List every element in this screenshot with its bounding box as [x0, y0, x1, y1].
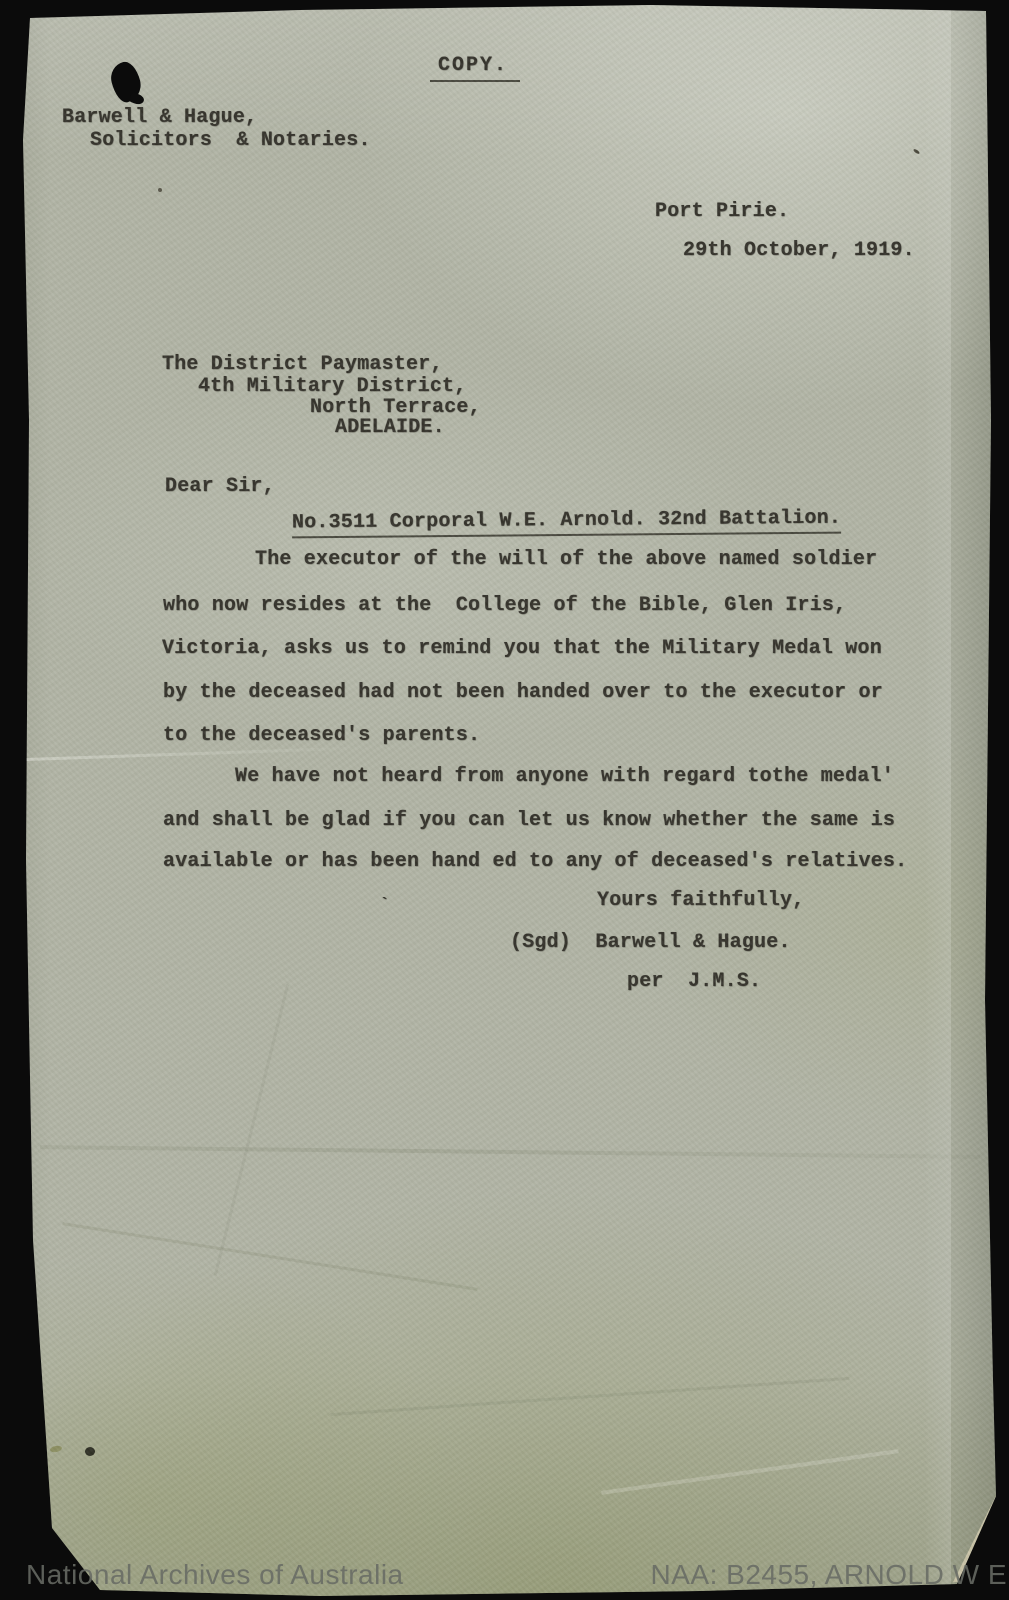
paper-speck: [85, 1447, 95, 1456]
ink-mark: `: [380, 893, 390, 915]
watermark-left: National Archives of Australia: [26, 1559, 404, 1591]
letter-paper: COPY. Barwell & Hague, Solicitors & Nota…: [0, 0, 1009, 1600]
recipient-line: ADELAIDE.: [335, 417, 445, 439]
paper-speck: [50, 1445, 63, 1453]
per-line: per J.M.S.: [627, 971, 761, 993]
subject-line: No.3511 Corporal W.E. Arnold. 32nd Batta…: [292, 508, 841, 539]
body-line: We have not heard from anyone with regar…: [235, 766, 894, 788]
paper-speck: [158, 188, 162, 192]
paper-speck: [913, 148, 920, 154]
crease-line: [214, 984, 289, 1276]
signature-line: (Sgd) Barwell & Hague.: [510, 932, 791, 954]
copy-heading: COPY.: [430, 55, 520, 82]
body-line: The executor of the will of the above na…: [255, 549, 877, 571]
letterhead-firm: Barwell & Hague,: [62, 107, 257, 129]
crease-line: [331, 1377, 850, 1416]
crease-line: [20, 746, 380, 762]
body-line: Victoria, asks us to remind you that the…: [162, 638, 882, 660]
body-line: available or has been hand ed to any of …: [163, 851, 907, 873]
body-line: by the deceased had not been handed over…: [163, 682, 883, 704]
body-line: who now resides at the College of the Bi…: [163, 595, 846, 617]
letterhead-role: Solicitors & Notaries.: [90, 130, 371, 152]
watermark-right: NAA: B2455, ARNOLD W E: [651, 1559, 1007, 1591]
scan-background: COPY. Barwell & Hague, Solicitors & Nota…: [0, 0, 1009, 1600]
crease-line: [925, 0, 951, 1600]
salutation: Dear Sir,: [165, 476, 275, 498]
recipient-line: 4th Military District,: [198, 376, 466, 398]
recipient-line: The District Paymaster,: [162, 354, 443, 376]
crease-line: [601, 1449, 899, 1495]
closing-line: Yours faithfully,: [597, 890, 804, 912]
place-line: Port Pirie.: [655, 201, 789, 223]
body-line: to the deceased's parents.: [163, 725, 480, 747]
crease-line: [40, 1145, 980, 1159]
crease-line: [62, 1222, 477, 1291]
date-line: 29th October, 1919.: [683, 240, 915, 262]
body-line: and shall be glad if you can let us know…: [163, 810, 895, 832]
